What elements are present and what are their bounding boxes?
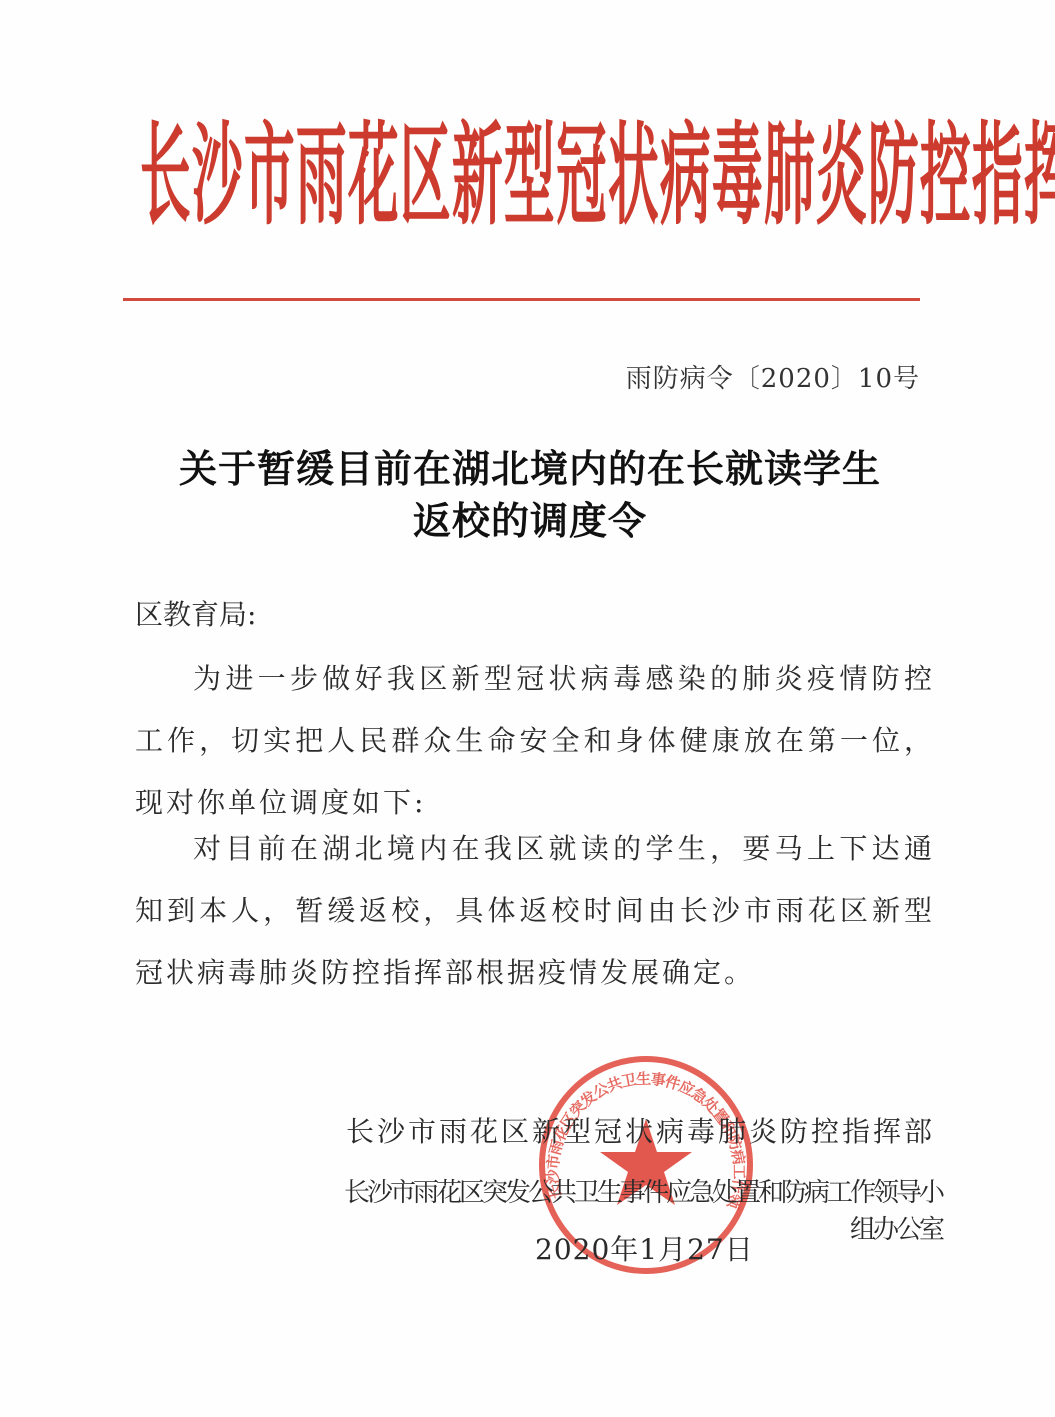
masthead-char: 花 <box>348 122 380 233</box>
masthead-char: 区 <box>400 122 432 233</box>
issuer-line-1: 长沙市雨花区新型冠状病毒肺炎防控指挥部 <box>335 1110 935 1150</box>
masthead-char: 冠 <box>556 122 588 233</box>
masthead-char: 毒 <box>712 122 744 233</box>
document-page: 长 沙 市 雨 花 区 新 型 冠 状 病 毒 肺 炎 防 控 指 挥 部 雨防… <box>0 0 1055 1417</box>
masthead-char: 防 <box>868 122 900 233</box>
masthead-char: 炎 <box>816 122 848 233</box>
masthead-char: 指 <box>972 122 1004 233</box>
masthead-char: 病 <box>660 122 692 233</box>
masthead-char: 型 <box>504 122 536 233</box>
document-number: 雨防病令〔2020〕10号 <box>626 358 920 395</box>
masthead-char: 新 <box>452 122 484 233</box>
masthead-char: 市 <box>244 122 276 233</box>
body-paragraph-2: 对目前在湖北境内在我区就读的学生，要马上下达通知到本人，暂缓返校，具体返校时间由… <box>135 818 935 1004</box>
masthead-char: 控 <box>920 122 952 233</box>
masthead-char: 状 <box>608 122 640 233</box>
body-paragraph-1: 为进一步做好我区新型冠状病毒感染的肺炎疫情防控工作，切实把人民群众生命安全和身体… <box>135 648 935 834</box>
masthead-char: 肺 <box>764 122 796 233</box>
masthead-title: 长 沙 市 雨 花 区 新 型 冠 状 病 毒 肺 炎 防 控 指 挥 部 <box>130 112 930 242</box>
document-title: 关于暂缓目前在湖北境内的在长就读学生 返校的调度令 <box>130 443 930 547</box>
masthead-char: 雨 <box>296 122 328 233</box>
issue-date: 2020年1月27日 <box>535 1228 754 1268</box>
addressee: 区教育局: <box>135 593 256 633</box>
masthead-char: 挥 <box>1024 122 1055 233</box>
masthead-char: 沙 <box>192 122 224 233</box>
title-line-1: 关于暂缓目前在湖北境内的在长就读学生 <box>130 443 930 495</box>
red-divider <box>123 298 920 301</box>
title-line-2: 返校的调度令 <box>130 495 930 547</box>
masthead-char: 长 <box>140 122 172 233</box>
